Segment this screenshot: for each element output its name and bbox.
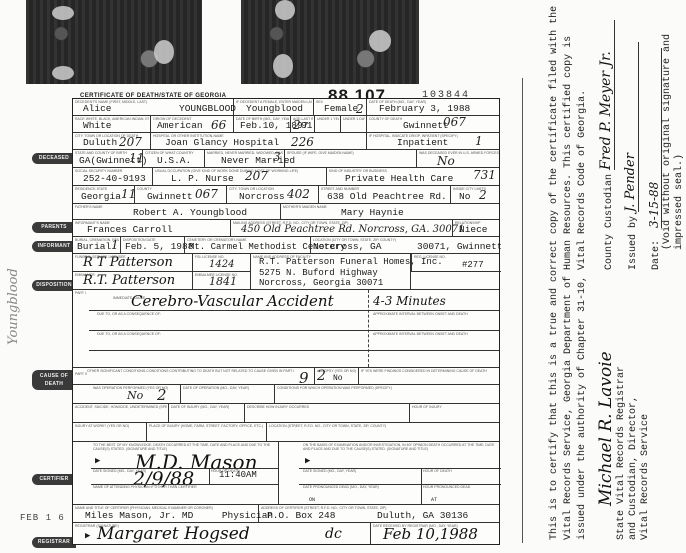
state-registrar-block: Michael R. Lavoie State Vital Records Re… — [596, 270, 686, 540]
row-accident: ACCIDENT, SUICIDE, HOMICIDE, UNDETERMINE… — [73, 404, 499, 423]
first-name: Alice — [83, 103, 112, 114]
tab-deceased: DECEASED — [32, 153, 76, 164]
field-county-of-death: COUNTY OF DEATH Gwinnett 067 — [367, 116, 501, 132]
field-armed-forces: WAS DECEASED EVER IN U.S. ARMED FORCES N… — [417, 150, 501, 167]
field-relationship: RELATIONSHIP Niece — [453, 220, 501, 236]
row-occupation: SOCIAL SECURITY NUMBER 252-40-9193 USUAL… — [73, 168, 499, 186]
field-street: STREET AND NUMBER 638 Old Peachtree Rd. — [319, 186, 451, 203]
field-dob: DATE OF BIRTH (Mo., Day, Year) Feb.10, 1… — [234, 116, 291, 132]
field-injury-place: PLACE OF INJURY (Home, Farm, Street, Fac… — [147, 423, 267, 441]
field-under-1-day: UNDER 1 DAY — [341, 116, 367, 132]
field-disposition-location: LOCATION (City or Town, State, Zip, Coun… — [311, 237, 501, 253]
row-parents: FATHER'S NAME Robert A. Youngblood MOTHE… — [73, 204, 499, 220]
field-residence-state: RESIDENCE-STATE Georgia 11 — [73, 186, 135, 203]
field-disposition-date: DISPOSITION DATE Feb. 5, 1988 — [121, 237, 185, 253]
field-date-of-death: DATE OF DEATH (Mo., Day, Year) February … — [367, 99, 501, 115]
play-arrow-icon: ▶ — [305, 456, 310, 466]
field-autopsy: AUTOPSY (Yes or No) 2 No — [315, 368, 359, 384]
play-arrow-icon: ▶ — [95, 456, 100, 466]
field-injury-date: DATE OF INJURY (Mo., Day, Year) — [169, 404, 245, 422]
tab-parents: PARENTS — [32, 222, 76, 233]
field-reg-license: REG. LICENSE NO. #277 — [411, 254, 501, 272]
field-operation-conditions: CONDITIONS FOR WHICH OPERATION WAS PERFO… — [275, 385, 501, 403]
field-embalmer: EMBALMER R.T. Patterson — [73, 272, 193, 289]
field-operation: WAS OPERATION PERFORMED (Yes or No) No 2 — [91, 385, 181, 403]
certification-paragraph: This is to certify that this is a true a… — [548, 0, 590, 540]
row-registrar: REGISTRAR (Signature) ▶ Margaret Hogsed … — [73, 523, 499, 544]
field-ssn: SOCIAL SECURITY NUMBER 252-40-9193 — [73, 168, 153, 185]
field-marital-status: MARRIED, NEVER MARRIED, WIDOWED, DIVORCE… — [205, 150, 285, 167]
field-father: FATHER'S NAME Robert A. Youngblood — [73, 204, 281, 219]
field-embalmer-license: EMBALMER LICENSE NO. 1841 — [193, 272, 251, 289]
row-funeral: FUNERAL SERVICE LICENSEE R T Patterson F… — [73, 254, 499, 290]
row-residence: RESIDENCE-STATE Georgia 11 COUNTY Gwinne… — [73, 186, 499, 204]
field-injury-location: LOCATION (Street, R.F.D. No., City or To… — [267, 423, 501, 441]
section-cause-part2: OTHER SIGNIFICANT CONDITIONS-conditions … — [73, 368, 499, 385]
field-under-1-year: UNDER 1 YEAR — [315, 116, 341, 132]
field-registrar-signature: REGISTRAR (Signature) ▶ Margaret Hogsed … — [73, 523, 371, 544]
field-cemetery: CEMETERY OR CREMATORY-NAME Mt. Carmel Me… — [185, 237, 311, 253]
tab-registrar: REGISTRAR — [32, 537, 76, 548]
row-race: RACE White, Black, American Indian, etc.… — [73, 116, 499, 133]
field-citizenship: CITIZEN OF WHAT COUNTRY U.S.A. — [143, 150, 205, 167]
field-decedent-name: DECEDENT'S NAME (First, Middle, Last) Al… — [73, 99, 234, 115]
cause-interval: 4-3 Minutes — [373, 294, 446, 308]
field-inside-city-limits: INSIDE CITY LIMITS No 2 — [451, 186, 501, 203]
field-injury-description: DESCRIBE HOW INJURY OCCURRED — [245, 404, 410, 422]
scanned-photo-right — [241, 0, 419, 84]
field-occupation: USUAL OCCUPATION (Give kind of work done… — [153, 168, 327, 185]
field-residence-city: CITY, TOWN OR LOCATION Norcross 402 — [227, 186, 319, 203]
field-date-received: DATE RECEIVED BY REGISTRAR (Mo., Day, Ye… — [371, 523, 501, 544]
field-sex: SEX Female 2 — [314, 99, 367, 115]
field-race: RACE White, Black, American Indian, etc.… — [73, 116, 151, 132]
field-autopsy-findings: IF YES WERE FINDINGS CONSIDERED IN DETER… — [359, 368, 501, 384]
field-informant-name: INFORMANT'S NAME Frances Carroll — [73, 220, 231, 236]
issued-date: 3-15-88 — [647, 48, 662, 228]
field-certifier-address: ADDRESS OF CERTIFIER (Street, R.F.D. No.… — [259, 505, 501, 522]
tab-cause-of-death: CAUSE OF DEATH — [32, 370, 76, 390]
issued-by-signature: J. Pender — [623, 42, 639, 212]
tab-disposition: DISPOSITION — [32, 280, 76, 291]
section-certifier: To the best of my knowledge, death occur… — [73, 442, 499, 505]
row-operation: WAS OPERATION PERFORMED (Yes or No) No 2… — [73, 385, 499, 404]
issuance-block: County Custodian Fred P. Meyer Jr. Issue… — [596, 0, 686, 270]
certification-panel: This is to certify that this is a true a… — [548, 0, 686, 540]
field-maiden-name: IF DECEDENT A FEMALE, ENTER MAIDEN LAST … — [234, 99, 314, 115]
field-fsl-license: FSL LICENSE NO. 1424 — [193, 254, 251, 272]
tab-informant: INFORMANT — [32, 241, 76, 252]
field-spouse: SPOUSE (If wife, give maiden name) — [285, 150, 417, 167]
row-disposition: BURIAL, CREMATION, REMOVAL (Specify) Bur… — [73, 237, 499, 254]
divider-line — [522, 78, 523, 543]
county-custodian-signature: Fred P. Meyer Jr. — [598, 20, 615, 170]
field-industry: KIND OF INDUSTRY OR BUSINESS Private Hea… — [327, 168, 501, 185]
state-registrar-signature: Michael R. Lavoie — [596, 270, 616, 540]
field-birthplace: STATE AND COUNTY OF BIRTH GA(Gwinnett) 1… — [73, 150, 143, 167]
section-cause-part1: PART I IMMEDIATE CAUSE Cerebro-Vascular … — [73, 290, 499, 368]
field-mother: MOTHER'S MAIDEN NAME Mary Haynie — [281, 204, 501, 219]
scanned-photo-left — [26, 0, 202, 84]
field-funeral-service: FUNERAL SERVICE LICENSEE R T Patterson — [73, 254, 193, 272]
row-birthplace: STATE AND COUNTY OF BIRTH GA(Gwinnett) 1… — [73, 150, 499, 168]
row-place-of-death: CITY, TOWN or LOCATION OF DEATH Duluth 2… — [73, 133, 499, 150]
field-other-conditions: OTHER SIGNIFICANT CONDITIONS-conditions … — [73, 368, 315, 384]
field-origin: ORIGIN OF DECEDENT American 66 — [151, 116, 234, 132]
field-informant-address: MAILING ADDRESS (Street, R.F.D. No., Cit… — [231, 220, 453, 236]
play-arrow-icon: ▶ — [85, 531, 90, 541]
field-residence-county: COUNTY Gwinnett 067 — [135, 186, 227, 203]
field-age: AGE-Last Birthday (Years) 2 91 — [291, 116, 315, 132]
immediate-cause: Cerebro-Vascular Accident — [131, 292, 334, 310]
field-hospital-status: IF HOSPITAL, INDICATE DR/OP, Inpatient (… — [367, 133, 501, 149]
field-hospital: HOSPITAL OR OTHER INSTITUTION-Name Joan … — [151, 133, 367, 149]
row-name: DECEDENT'S NAME (First, Middle, Last) Al… — [73, 99, 499, 116]
field-city-of-death: CITY, TOWN or LOCATION OF DEATH Duluth 2… — [73, 133, 151, 149]
field-disposition-method: BURIAL, CREMATION, REMOVAL (Specify) Bur… — [73, 237, 121, 253]
field-injury-at-work: INJURY AT WORK? (Yes or No) — [73, 423, 147, 441]
row-injury-place: INJURY AT WORK? (Yes or No) PLACE OF INJ… — [73, 423, 499, 442]
certifier-physician: To the best of my knowledge, death occur… — [73, 442, 279, 504]
field-accident: ACCIDENT, SUICIDE, HOMICIDE, UNDETERMINE… — [73, 404, 169, 422]
death-certificate-form: DECEDENT'S NAME (First, Middle, Last) Al… — [72, 98, 500, 545]
certifier-medical-examiner: On the basis of examination and/or inves… — [279, 442, 501, 504]
tab-certifier: CERTIFIER — [32, 474, 76, 485]
last-name: YOUNGBLOOD — [179, 103, 236, 114]
field-operation-date: DATE OF OPERATION (Mo., Day, Year) — [181, 385, 275, 403]
row-certifier-name: NAME AND TITLE OF CERTIFIER (Physician, … — [73, 505, 499, 523]
field-injury-hour: HOUR OF INJURY — [410, 404, 501, 422]
void-note: (Void without original signature and imp… — [662, 0, 686, 270]
row-informant: INFORMANT'S NAME Frances Carroll MAILING… — [73, 220, 499, 237]
field-facility: NAME AND ADDRESS OF FACILITY R.T. Patter… — [251, 254, 411, 289]
field-certifier-name-title: NAME AND TITLE OF CERTIFIER (Physician, … — [73, 505, 259, 522]
